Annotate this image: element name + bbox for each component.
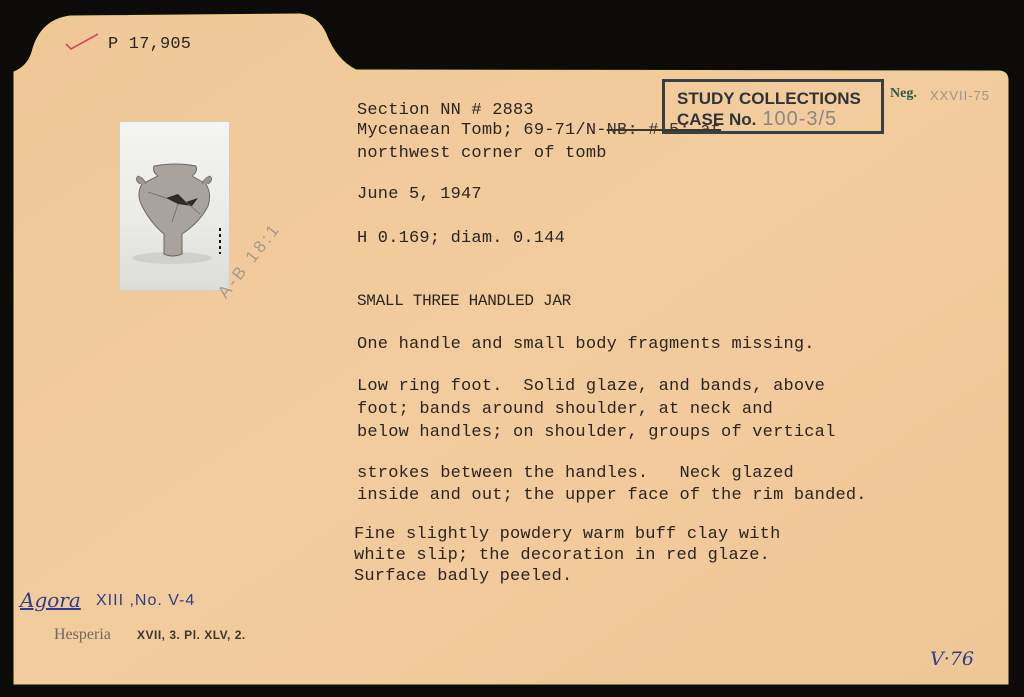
negative-label: Neg. bbox=[890, 86, 917, 102]
stamp-heading: STUDY COLLECTIONS bbox=[677, 88, 881, 109]
context-line-2: northwest corner of tomb bbox=[357, 143, 607, 164]
section-number: Section NN # 2883 bbox=[357, 100, 534, 121]
case-number: 100-3/5 bbox=[762, 108, 837, 130]
agora-reference: XIII ,No. V-4 bbox=[96, 592, 195, 610]
accession-number: P 17,905 bbox=[108, 34, 191, 55]
study-collections-stamp: STUDY COLLECTIONS CASE No.100-3/5 bbox=[662, 79, 884, 134]
stamp-case-line: CASE No.100-3/5 bbox=[677, 109, 881, 130]
fabric-line: Fine slightly powdery warm buff clay wit… bbox=[354, 524, 780, 545]
description-line: foot; bands around shoulder, at neck and bbox=[357, 399, 773, 420]
hesperia-reference: XVII, 3. Pl. XLV, 2. bbox=[137, 628, 246, 642]
dimensions: H 0.169; diam. 0.144 bbox=[357, 228, 565, 249]
case-label: CASE No. bbox=[677, 110, 756, 129]
corner-note: V·76 bbox=[930, 648, 974, 670]
date: June 5, 1947 bbox=[357, 184, 482, 205]
object-title: SMALL THREE HANDLED JAR bbox=[357, 291, 571, 312]
object-photo bbox=[120, 122, 229, 290]
check-mark-icon bbox=[64, 32, 104, 52]
hesperia-label: Hesperia bbox=[54, 626, 111, 644]
fabric-line: Surface badly peeled. bbox=[354, 566, 572, 587]
agora-label: Agora bbox=[20, 588, 81, 612]
condition-note: One handle and small body fragments miss… bbox=[357, 334, 815, 355]
jar-image bbox=[120, 122, 229, 290]
description-line: inside and out; the upper face of the ri… bbox=[357, 485, 867, 506]
description-line: strokes between the handles. Neck glazed bbox=[357, 463, 794, 484]
description-line: below handles; on shoulder, groups of ve… bbox=[357, 422, 835, 443]
description-line: Low ring foot. Solid glaze, and bands, a… bbox=[357, 376, 825, 397]
negative-number: XXVII-75 bbox=[930, 88, 990, 103]
context-text: Mycenaean Tomb; 69-71/N- bbox=[357, 121, 607, 140]
fabric-line: white slip; the decoration in red glaze. bbox=[354, 545, 770, 566]
